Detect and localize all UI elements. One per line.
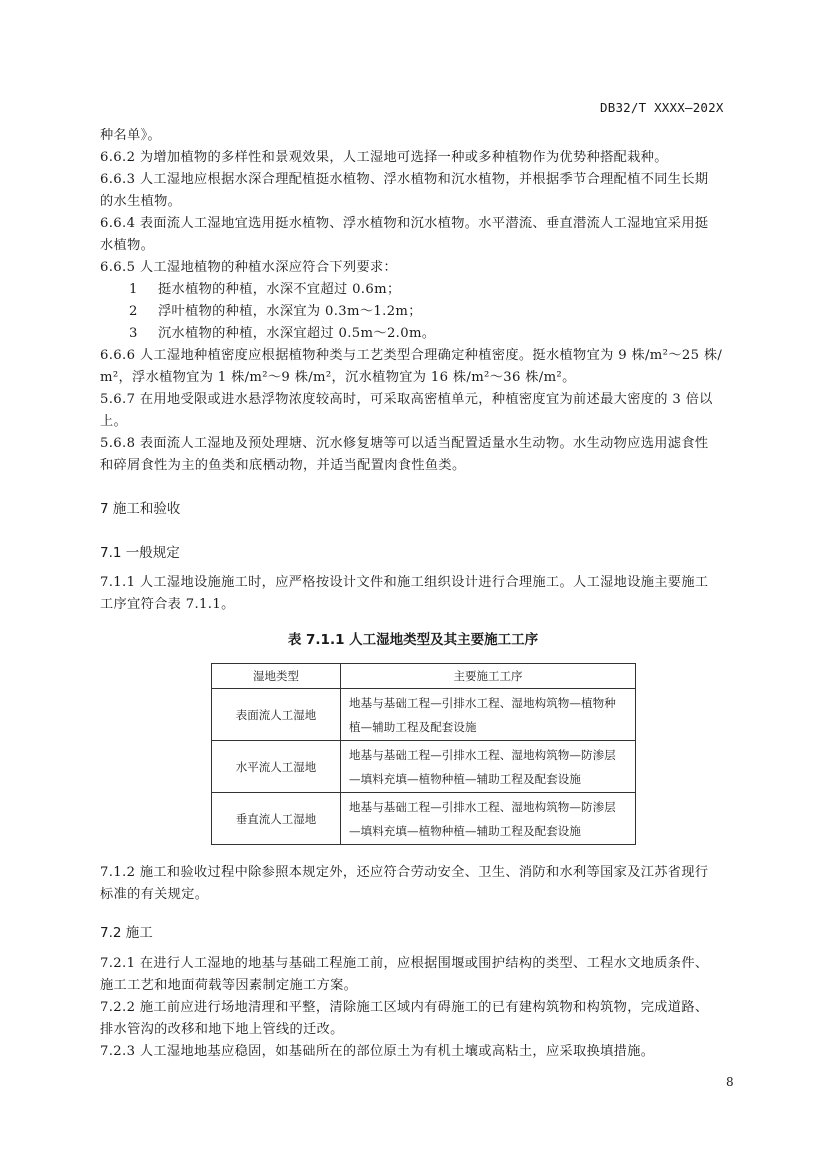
clause-6-6-4-cont: 水植物。 <box>100 237 154 255</box>
clause-6-6-6: 6.6.6 人工湿地种植密度应根据植物种类与工艺类型合理确定种植密度。挺水植物宜… <box>100 347 722 365</box>
process-cell: 地基与基础工程—引排水工程、湿地构筑物—防渗层—填料充填—植物种植—辅助工程及配… <box>341 793 636 845</box>
list-item-text: 浮叶植物的种植，水深宜为 0.3m～1.2m； <box>158 303 422 321</box>
subsection-heading-7-1: 7.1 一般规定 <box>100 541 180 561</box>
table-row: 水平流人工湿地 地基与基础工程—引排水工程、湿地构筑物—防渗层—填料充填—植物种… <box>212 741 636 793</box>
list-item-number: 1 <box>129 281 137 299</box>
clause-6-6-5: 6.6.5 人工湿地植物的种植水深应符合下列要求： <box>100 259 397 277</box>
clause-5-6-8: 5.6.8 表面流人工湿地及预处理塘、沉水修复塘等可以适当配置适量水生动物。水生… <box>100 435 708 453</box>
table-header-row: 湿地类型 主要施工工序 <box>212 664 636 689</box>
process-cell: 地基与基础工程—引排水工程、湿地构筑物—植物种植—辅助工程及配套设施 <box>341 689 636 741</box>
clause-6-6-3-cont: 的水生植物。 <box>100 193 181 211</box>
clause-7-2-2-cont: 排水管沟的改移和地下地上管线的迁改。 <box>100 1021 344 1039</box>
section-heading-7: 7 施工和验收 <box>100 497 180 517</box>
page-number: 8 <box>726 1075 734 1089</box>
construction-process-table: 湿地类型 主要施工工序 表面流人工湿地 地基与基础工程—引排水工程、湿地构筑物—… <box>211 663 636 845</box>
wetland-type-cell: 水平流人工湿地 <box>212 741 341 793</box>
process-cell: 地基与基础工程—引排水工程、湿地构筑物—防渗层—填料充填—植物种植—辅助工程及配… <box>341 741 636 793</box>
clause-6-6-2: 6.6.2 为增加植物的多样性和景观效果，人工湿地可选择一种或多种植物作为优势种… <box>100 149 668 167</box>
wetland-type-cell: 表面流人工湿地 <box>212 689 341 741</box>
subsection-heading-7-2: 7.2 施工 <box>100 921 153 941</box>
clause-7-2-3: 7.2.3 人工湿地地基应稳固，如基础所在的部位原土为有机土壤或高粘土，应采取换… <box>100 1043 654 1061</box>
list-item-number: 2 <box>129 303 137 321</box>
table-caption: 表 7.1.1 人工湿地类型及其主要施工工序 <box>0 628 826 648</box>
clause-6-6-3: 6.6.3 人工湿地应根据水深合理配植挺水植物、浮水植物和沉水植物，并根据季节合… <box>100 171 708 189</box>
paragraph-line: 种名单》。 <box>100 127 161 145</box>
table-header-cell: 湿地类型 <box>212 664 341 689</box>
table-row: 表面流人工湿地 地基与基础工程—引排水工程、湿地构筑物—植物种植—辅助工程及配套… <box>212 689 636 741</box>
clause-7-2-1-cont: 施工工艺和地面荷载等因素制定施工方案。 <box>100 977 357 995</box>
table-header-cell: 主要施工工序 <box>341 664 636 689</box>
clause-7-2-1: 7.2.1 在进行人工湿地的地基与基础工程施工前，应根据围堰或围护结构的类型、工… <box>100 955 708 973</box>
clause-7-1-2: 7.1.2 施工和验收过程中除参照本规定外，还应符合劳动安全、卫生、消防和水利等… <box>100 864 708 882</box>
document-code-header: DB32/T XXXX—202X <box>600 100 724 115</box>
clause-6-6-6-cont: m²，浮水植物宜为 1 株/m²～9 株/m²，沉水植物宜为 16 株/m²～3… <box>100 369 576 387</box>
clause-5-6-7: 5.6.7 在用地受限或进水悬浮物浓度较高时，可采取高密植单元，种植密度宜为前述… <box>100 391 713 409</box>
list-item-text: 沉水植物的种植，水深宜超过 0.5m～2.0m。 <box>158 325 435 343</box>
clause-5-6-7-cont: 上。 <box>100 413 127 431</box>
list-item-number: 3 <box>129 325 137 343</box>
wetland-type-cell: 垂直流人工湿地 <box>212 793 341 845</box>
clause-7-1-1-cont: 工序宜符合表 7.1.1。 <box>100 596 235 614</box>
clause-5-6-8-cont: 和碎屑食性为主的鱼类和底栖动物，并适当配置肉食性鱼类。 <box>100 457 466 475</box>
clause-7-1-2-cont: 标准的有关规定。 <box>100 886 208 904</box>
clause-7-2-2: 7.2.2 施工前应进行场地清理和平整，清除施工区域内有碍施工的已有建构筑物和构… <box>100 999 708 1017</box>
list-item-text: 挺水植物的种植，水深不宜超过 0.6m； <box>158 281 400 299</box>
table-row: 垂直流人工湿地 地基与基础工程—引排水工程、湿地构筑物—防渗层—填料充填—植物种… <box>212 793 636 845</box>
clause-6-6-4: 6.6.4 表面流人工湿地宜选用挺水植物、浮水植物和沉水植物。水平潜流、垂直潜流… <box>100 215 708 233</box>
clause-7-1-1: 7.1.1 人工湿地设施施工时，应严格按设计文件和施工组织设计进行合理施工。人工… <box>100 574 708 592</box>
